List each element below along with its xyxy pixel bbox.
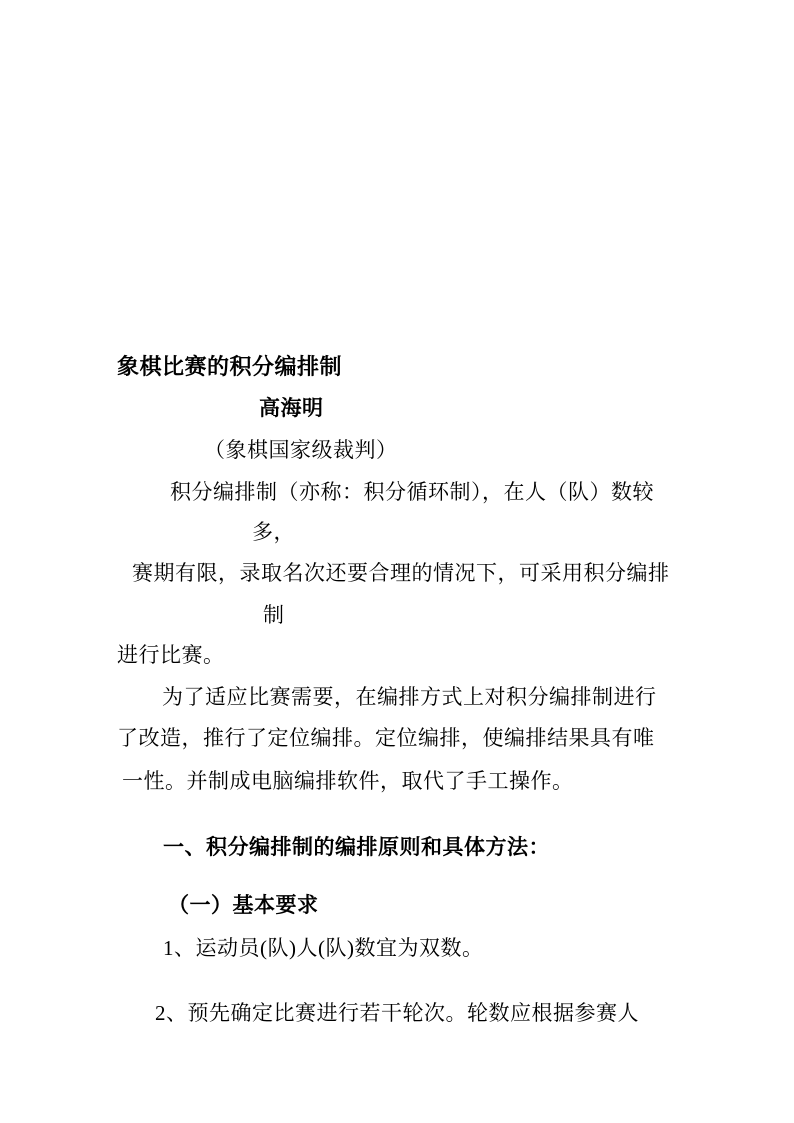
document-page: 象棋比赛的积分编排制 高海明 （象棋国家级裁判） 积分编排制（亦称：积分循环制）… bbox=[0, 0, 794, 1123]
paragraph-1-line-1: 积分编排制（亦称：积分循环制），在人（队）数较 bbox=[170, 482, 654, 503]
author-credential: （象棋国家级裁判） bbox=[204, 440, 398, 461]
paragraph-1-line-2: 多， bbox=[252, 522, 295, 543]
paragraph-1-line-4: 制 bbox=[263, 605, 285, 626]
list-item-1: 1、运动员(队)人(队)数宜为双数。 bbox=[163, 938, 483, 959]
paragraph-2-line-1: 为了适应比赛需要，在编排方式上对积分编排制进行 bbox=[162, 687, 657, 708]
list-item-2: 2、预先确定比赛进行若干轮次。轮数应根据参赛人 bbox=[155, 1003, 639, 1024]
paragraph-2-line-3: 一性。并制成电脑编排软件，取代了手工操作。 bbox=[122, 771, 574, 792]
section-heading: 一、积分编排制的编排原则和具体方法： bbox=[163, 837, 550, 858]
paragraph-1-line-5: 进行比赛。 bbox=[117, 645, 225, 666]
paragraph-2-line-2: 了改造，推行了定位编排。定位编排，使编排结果具有唯 bbox=[117, 728, 655, 749]
doc-title: 象棋比赛的积分编排制 bbox=[117, 356, 342, 378]
paragraph-1-line-3: 赛期有限，录取名次还要合理的情况下，可采用积分编排 bbox=[132, 563, 670, 584]
author-name: 高海明 bbox=[259, 398, 324, 419]
subsection-heading: （一）基本要求 bbox=[168, 895, 319, 916]
